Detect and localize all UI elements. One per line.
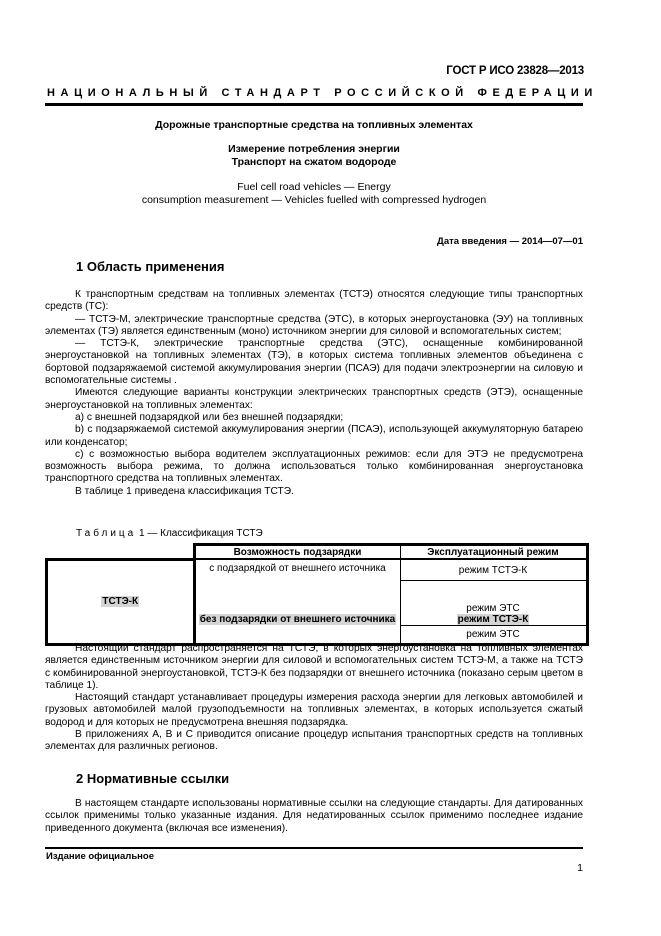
mode-cell: режим ЭТС	[400, 581, 587, 614]
paragraph: — ТСТЭ-М, электрические транспортные сре…	[45, 314, 583, 339]
english-title-line-1: Fuel cell road vehicles — Energy	[45, 181, 583, 194]
section-2-body: В настоящем стандарте использованы норма…	[45, 798, 583, 835]
table-header-mode: Эксплуатационный режим	[400, 545, 587, 560]
mode-cell: режим ЭТС	[400, 626, 587, 645]
charging-external-cell: с подзарядкой от внешнего источника	[194, 559, 400, 614]
table-caption: Таблица 1 — Классификация ТСТЭ	[76, 528, 263, 539]
section-1-after-table: Настоящий стандарт распространяется на Т…	[45, 643, 583, 754]
header-rule	[45, 103, 583, 106]
english-title: Fuel cell road vehicles — Energy consump…	[45, 181, 583, 207]
document-title: Дорожные транспортные средства на топлив…	[45, 119, 583, 131]
list-item-b: b) с подзаряжаемой системой аккумулирова…	[45, 424, 583, 449]
standard-number: ГОСТ Р ИСО 23828—2013	[446, 65, 584, 77]
paragraph: — ТСТЭ-К, электрические транспортные сре…	[45, 338, 583, 387]
footer-rule	[45, 847, 583, 849]
introduction-date: Дата введения — 2014—07—01	[437, 236, 583, 247]
paragraph: В настоящем стандарте использованы норма…	[45, 798, 583, 835]
table-header-charging: Возможность подзарядки	[194, 545, 400, 560]
vehicle-type-cell: ТСТЭ-К	[47, 559, 195, 645]
national-standard-banner: НАЦИОНАЛЬНЫЙ СТАНДАРТ РОССИЙСКОЙ ФЕДЕРАЦ…	[47, 87, 598, 99]
table-caption-prefix: Таблица	[76, 528, 136, 539]
charging-none: без подзарядки от внешнего источника	[199, 614, 397, 625]
document-subtitle: Измерение потребления энергии Транспорт …	[45, 143, 583, 169]
subtitle-line-2: Транспорт на сжатом водороде	[45, 156, 583, 169]
paragraph: К транспортным средствам на топливных эл…	[45, 289, 583, 314]
mode-highlighted: режим ТСТЭ-К	[457, 614, 530, 625]
paragraph: В приложениях А, В и С приводится описан…	[45, 729, 583, 754]
paragraph: В таблице 1 приведена классификация ТСТЭ…	[45, 486, 583, 498]
vehicle-type: ТСТЭ-К	[101, 596, 139, 607]
charging-external: с подзарядкой от внешнего источника	[209, 563, 385, 574]
section-2-heading: 2 Нормативные ссылки	[76, 771, 229, 786]
edition-label: Издание официальное	[46, 851, 154, 862]
section-1-heading: 1 Область применения	[76, 259, 225, 274]
paragraph: Имеются следующие варианты конструкции э…	[45, 387, 583, 412]
paragraph: Настоящий стандарт распространяется на Т…	[45, 643, 583, 692]
page-number: 1	[577, 862, 583, 874]
mode-cell-highlighted: режим ТСТЭ-К	[400, 614, 587, 626]
english-title-line-2: consumption measurement — Vehicles fuell…	[45, 194, 583, 207]
table-header-empty	[47, 545, 195, 560]
section-1-body: К транспортным средствам на топливных эл…	[45, 289, 583, 498]
charging-none-cell: без подзарядки от внешнего источника	[194, 614, 400, 645]
classification-table: Возможность подзарядки Эксплуатационный …	[45, 543, 589, 646]
mode-cell: режим ТСТЭ-К	[400, 559, 587, 581]
subtitle-line-1: Измерение потребления энергии	[45, 143, 583, 156]
list-item-a: a) с внешней подзарядкой или без внешней…	[45, 412, 583, 424]
paragraph: Настоящий стандарт устанавливает процеду…	[45, 692, 583, 729]
table-caption-text: 1 — Классификация ТСТЭ	[136, 528, 262, 539]
list-item-c: c) с возможностью выбора водителем экспл…	[45, 449, 583, 486]
